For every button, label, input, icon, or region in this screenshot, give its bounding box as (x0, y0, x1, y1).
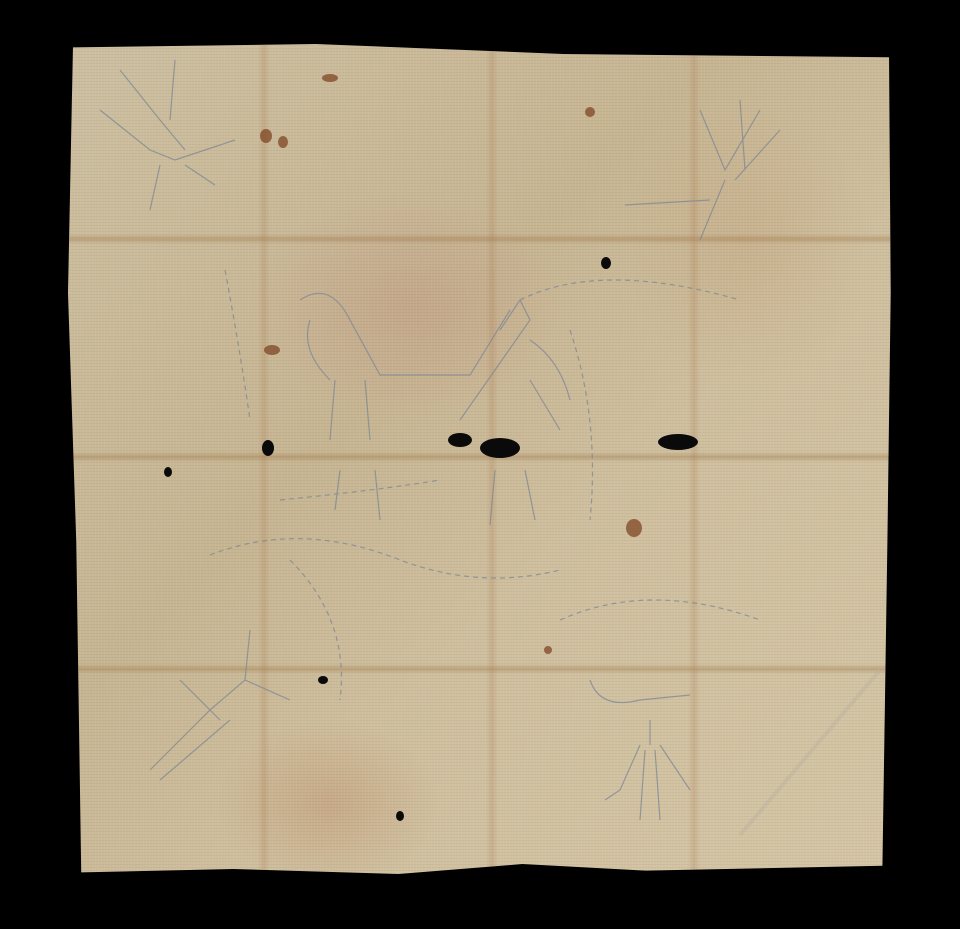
pencil-drawings (0, 0, 960, 929)
